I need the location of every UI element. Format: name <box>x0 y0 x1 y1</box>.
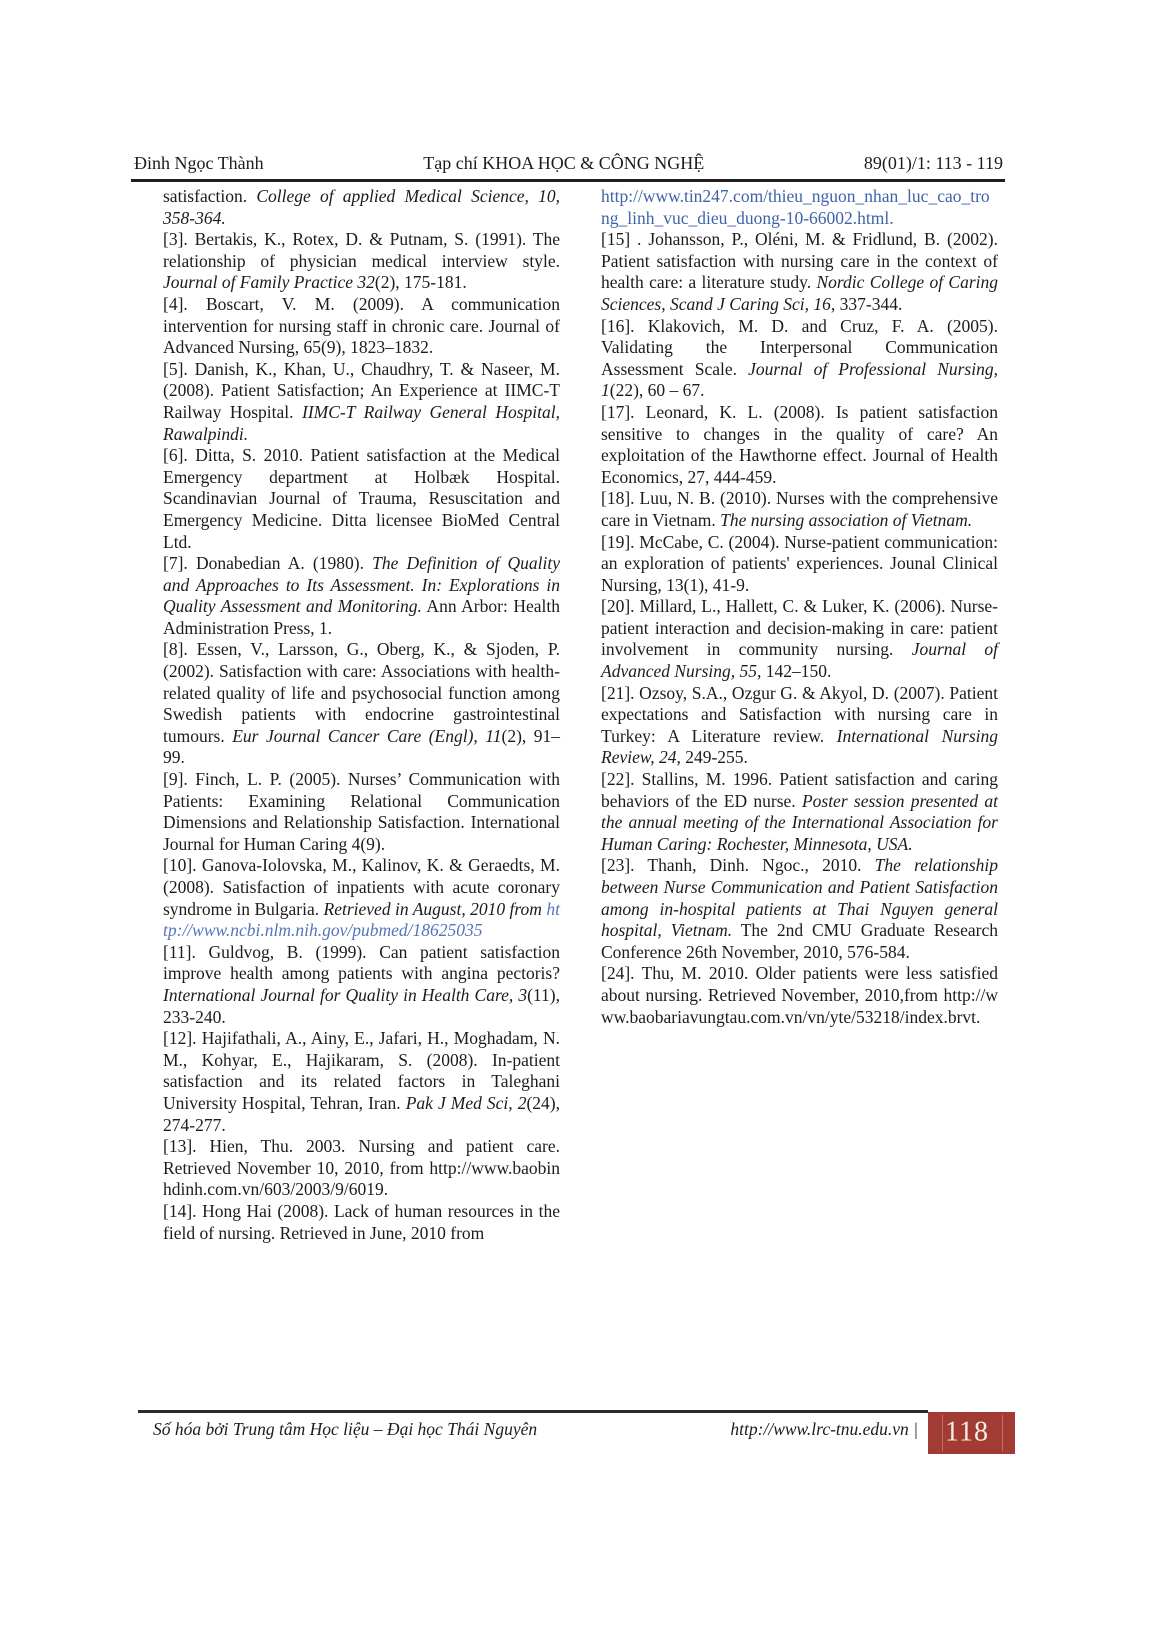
reference-item: [20]. Millard, L., Hallett, C. & Luker, … <box>601 596 998 682</box>
page-box-hairline-left <box>942 1415 943 1451</box>
paper-page: Đinh Ngọc Thành Tạp chí KHOA HỌC & CÔNG … <box>0 0 1157 1637</box>
reference-text: 142–150. <box>766 661 832 681</box>
reference-text: [11]. Guldvog, B. (1999). Can patient sa… <box>163 942 560 984</box>
reference-text: [23]. Thanh, Dinh. Ngoc., 2010. <box>601 855 875 875</box>
reference-item: [13]. Hien, Thu. 2003. Nursing and patie… <box>163 1136 560 1201</box>
reference-text: [9]. Finch, L. P. (2005). Nurses’ Commun… <box>163 769 560 854</box>
reference-item: [3]. Bertakis, K., Rotex, D. & Putnam, S… <box>163 229 560 294</box>
footer-digitized-note: Số hóa bởi Trung tâm Học liệu – Đại học … <box>153 1419 537 1440</box>
reference-item: [4]. Boscart, V. M. (2009). A communicat… <box>163 294 560 359</box>
reference-text: 249-255. <box>685 747 748 767</box>
reference-text: Eur Journal Cancer Care (Engl), 11 <box>232 726 501 746</box>
reference-text: [4]. Boscart, V. M. (2009). A communicat… <box>163 294 560 357</box>
reference-text: Retrieved in August, 2010 from <box>324 899 547 919</box>
page-box-hairline-right <box>1002 1415 1003 1451</box>
reference-text: [17]. Leonard, K. L. (2008). Is patient … <box>601 402 998 487</box>
reference-item: [6]. Ditta, S. 2010. Patient satisfactio… <box>163 445 560 553</box>
reference-text: satisfaction. <box>163 186 256 206</box>
reference-text: [14]. Hong Hai (2008). Lack of human res… <box>163 1201 560 1243</box>
reference-item: [18]. Luu, N. B. (2010). Nurses with the… <box>601 488 998 531</box>
footer-url-group: http://www.lrc-tnu.edu.vn | <box>730 1419 918 1440</box>
reference-item: satisfaction. College of applied Medical… <box>163 186 560 229</box>
header-journal-title: Tạp chí KHOA HỌC & CÔNG NGHỆ <box>423 153 704 174</box>
reference-text: [19]. McCabe, C. (2004). Nurse-patient c… <box>601 532 998 595</box>
header-author: Đinh Ngọc Thành <box>134 153 264 174</box>
reference-text: [6]. Ditta, S. 2010. Patient satisfactio… <box>163 445 560 551</box>
reference-item: [19]. McCabe, C. (2004). Nurse-patient c… <box>601 532 998 597</box>
reference-item: [23]. Thanh, Dinh. Ngoc., 2010. The rela… <box>601 855 998 963</box>
reference-text: Pak J Med Sci, 2 <box>406 1093 527 1113</box>
page-number-box: 118 <box>928 1412 1015 1454</box>
page-header: Đinh Ngọc Thành Tạp chí KHOA HỌC & CÔNG … <box>134 153 1003 174</box>
reference-item: [9]. Finch, L. P. (2005). Nurses’ Commun… <box>163 769 560 855</box>
reference-text: The nursing association of Vietnam. <box>720 510 972 530</box>
reference-item: [10]. Ganova-Iolovska, M., Kalinov, K. &… <box>163 855 560 941</box>
reference-item: [5]. Danish, K., Khan, U., Chaudhry, T. … <box>163 359 560 445</box>
reference-item: [24]. Thu, M. 2010. Older patients were … <box>601 963 998 1028</box>
footer-separator: | <box>913 1419 918 1439</box>
reference-text: International Journal for Quality in Hea… <box>163 985 527 1005</box>
reference-text: [24]. Thu, M. 2010. Older patients were … <box>601 963 998 1005</box>
page-footer: Số hóa bởi Trung tâm Học liệu – Đại học … <box>153 1419 918 1440</box>
reference-item: [7]. Donabedian A. (1980). The Definitio… <box>163 553 560 639</box>
header-rule <box>131 179 1005 182</box>
reference-text: [7]. Donabedian A. (1980). <box>163 553 372 573</box>
footer-link[interactable]: http://www.lrc-tnu.edu.vn <box>730 1419 908 1439</box>
reference-text: (22), 60 – 67. <box>610 380 705 400</box>
reference-text: 337-344. <box>840 294 903 314</box>
reference-item: http://www.tin247.com/thieu_nguon_nhan_l… <box>601 186 998 229</box>
header-issue-info: 89(01)/1: 113 - 119 <box>864 153 1003 174</box>
footer-rule <box>138 1410 928 1413</box>
reference-item: [12]. Hajifathali, A., Ainy, E., Jafari,… <box>163 1028 560 1136</box>
reference-text: Journal of Family Practice 32 <box>163 272 375 292</box>
reference-text: [3]. Bertakis, K., Rotex, D. & Putnam, S… <box>163 229 560 271</box>
reference-item: [16]. Klakovich, M. D. and Cruz, F. A. (… <box>601 316 998 402</box>
references-column-right: http://www.tin247.com/thieu_nguon_nhan_l… <box>601 186 998 1028</box>
reference-text: (2), 175-181. <box>375 272 467 292</box>
page-number: 118 <box>945 1416 989 1448</box>
reference-link[interactable]: http://www.tin247.com/thieu_nguon_nhan_l… <box>601 186 990 228</box>
reference-item: [11]. Guldvog, B. (1999). Can patient sa… <box>163 942 560 1028</box>
reference-item: [22]. Stallins, M. 1996. Patient satisfa… <box>601 769 998 855</box>
reference-item: [21]. Ozsoy, S.A., Ozgur G. & Akyol, D. … <box>601 683 998 769</box>
references-column-left: satisfaction. College of applied Medical… <box>163 186 560 1244</box>
reference-item: [17]. Leonard, K. L. (2008). Is patient … <box>601 402 998 488</box>
reference-item: [14]. Hong Hai (2008). Lack of human res… <box>163 1201 560 1244</box>
reference-item: [8]. Essen, V., Larsson, G., Oberg, K., … <box>163 639 560 769</box>
reference-item: [15] . Johansson, P., Oléni, M. & Fridlu… <box>601 229 998 315</box>
